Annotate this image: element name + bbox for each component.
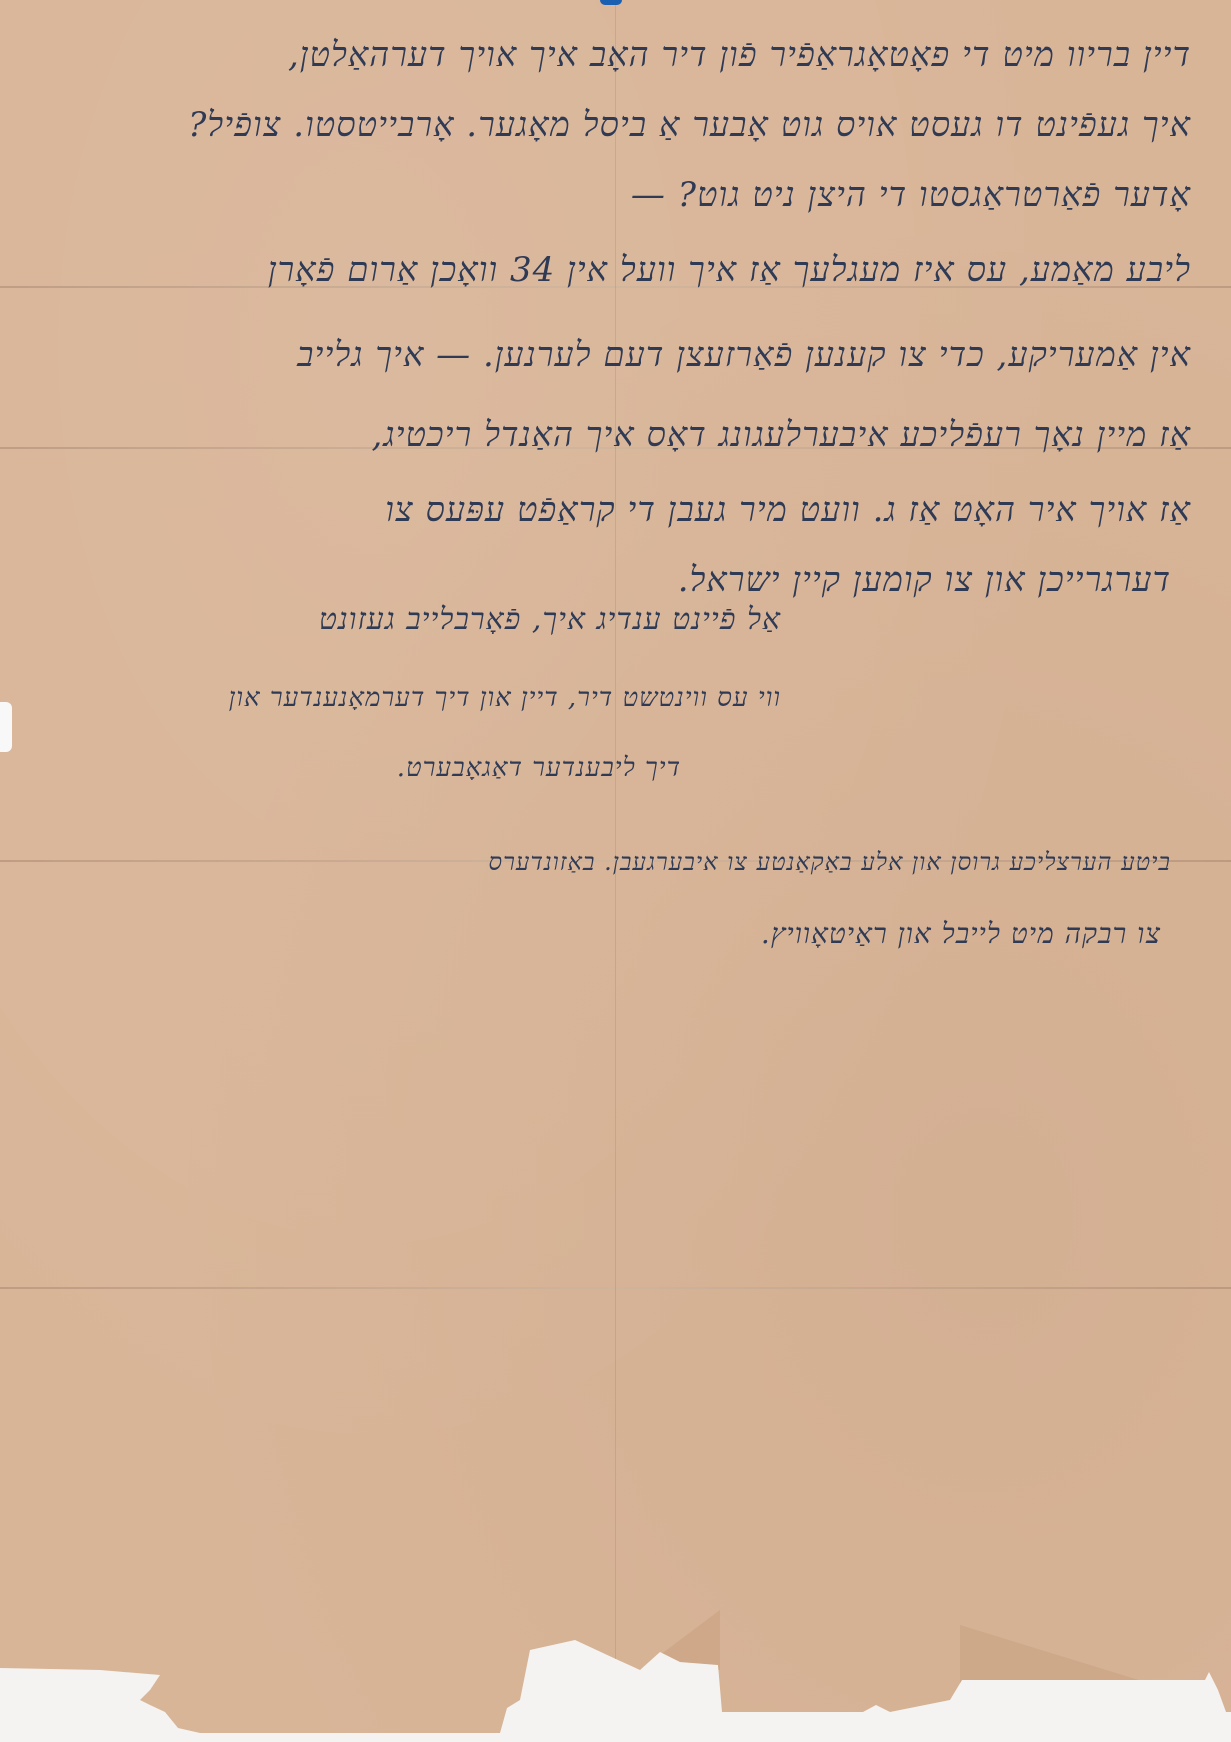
letter-line: אַז מיין נאָך רעפֿליכע איבערלעגונג דאָס … bbox=[372, 418, 1191, 452]
letter-closing: אַל פֿיינט ענדיג איך, פֿאָרבלייב געזונט … bbox=[61, 605, 781, 805]
letter-paper: דיין בריוו מיט די פאָטאָגראַפֿיר פֿון די… bbox=[0, 0, 1231, 1742]
letter-line: דערגרייכן און צו קומען קיין ישראל. bbox=[678, 563, 1171, 597]
paper-edge-notch bbox=[0, 702, 12, 752]
letter-body: דיין בריוו מיט די פאָטאָגראַפֿיר פֿון די… bbox=[11, 38, 1191, 598]
letter-line: אָדער פֿאַרטראַגסטו די היצן ניט גוט? — bbox=[631, 178, 1191, 212]
postscript-line: ביטע הערצליכע גרוסן און אלע באַקאַנטע צו… bbox=[488, 850, 1171, 874]
torn-corner-flap bbox=[960, 1625, 1220, 1705]
closing-line: אַל פֿיינט ענדיג איך, פֿאָרבלייב געזונט bbox=[319, 605, 781, 635]
postscript-line: צו רבקה מיט לייבל און ראַיטאָוויץ. bbox=[761, 920, 1161, 948]
letter-postscript: ביטע הערצליכע גרוסן און אלע באַקאַנטע צו… bbox=[271, 850, 1171, 970]
letter-line: אַז אויך איר האָט אַז ג. וועט מיר געבן ד… bbox=[385, 493, 1191, 527]
letter-line: איך געפֿינט דו געסט אויס גוט אָבער אַ בי… bbox=[188, 108, 1191, 142]
letter-line: אין אַמעריקע, כדי צו קענען פֿאַרזעצן דעם… bbox=[297, 338, 1191, 372]
letter-line: ליבע מאַמע, עס איז מעגלעך אַז איך וועל א… bbox=[268, 253, 1191, 287]
signature-line: דיך ליבענדער דאַגאָבערט. bbox=[397, 755, 681, 781]
letter-line: דיין בריוו מיט די פאָטאָגראַפֿיר פֿון די… bbox=[288, 38, 1191, 72]
torn-corner-flap bbox=[640, 1610, 720, 1670]
closing-line: ווי עס ווינטשט דיר, דיין און דיך דערמאָנ… bbox=[229, 685, 781, 711]
scan-blue-mark bbox=[600, 0, 622, 5]
